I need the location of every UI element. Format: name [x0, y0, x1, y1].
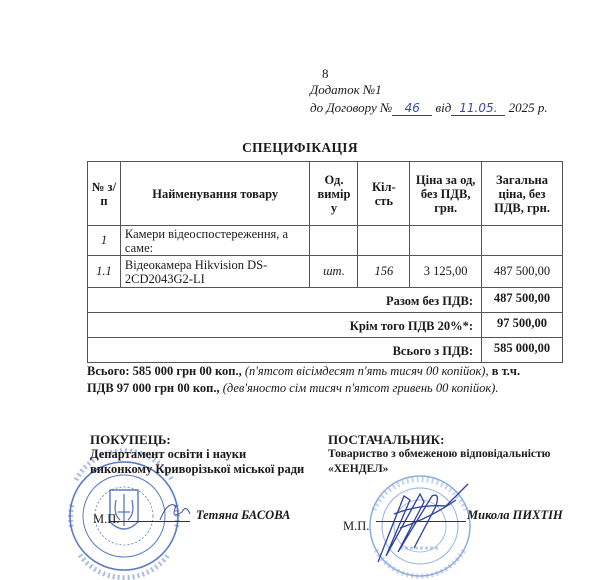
supplier-role: ПОСТАЧАЛЬНИК:	[328, 432, 550, 447]
supplier-signature-line	[376, 521, 466, 522]
supplier-block: ПОСТАЧАЛЬНИК: Товариство з обмеженою від…	[328, 432, 550, 477]
supplier-org-line1: Товариство з обмеженою відповідальністю	[328, 447, 550, 462]
buyer-role: ПОКУПЕЦЬ:	[90, 432, 304, 447]
buyer-signer-name: Тетяна БАСОВА	[196, 508, 290, 523]
buyer-org-line1: Департамент освіти і науки	[90, 447, 304, 462]
supplier-signature-icon	[378, 484, 468, 562]
supplier-signer-name: Микола ПИХТІН	[467, 508, 563, 523]
supplier-org-line2: «ХЕНДЕЛ»	[328, 462, 550, 477]
supplier-stamp-label: М.П.	[343, 519, 369, 534]
buyer-stamp-label: М.П.	[93, 512, 119, 527]
supplier-stamp-icon	[370, 476, 470, 576]
buyer-block: ПОКУПЕЦЬ: Департамент освіти і науки вик…	[90, 432, 304, 477]
buyer-org-line2: виконкому Криворізької міської ради	[90, 462, 304, 477]
buyer-signature-line	[110, 521, 190, 522]
stamps-overlay	[0, 0, 600, 580]
